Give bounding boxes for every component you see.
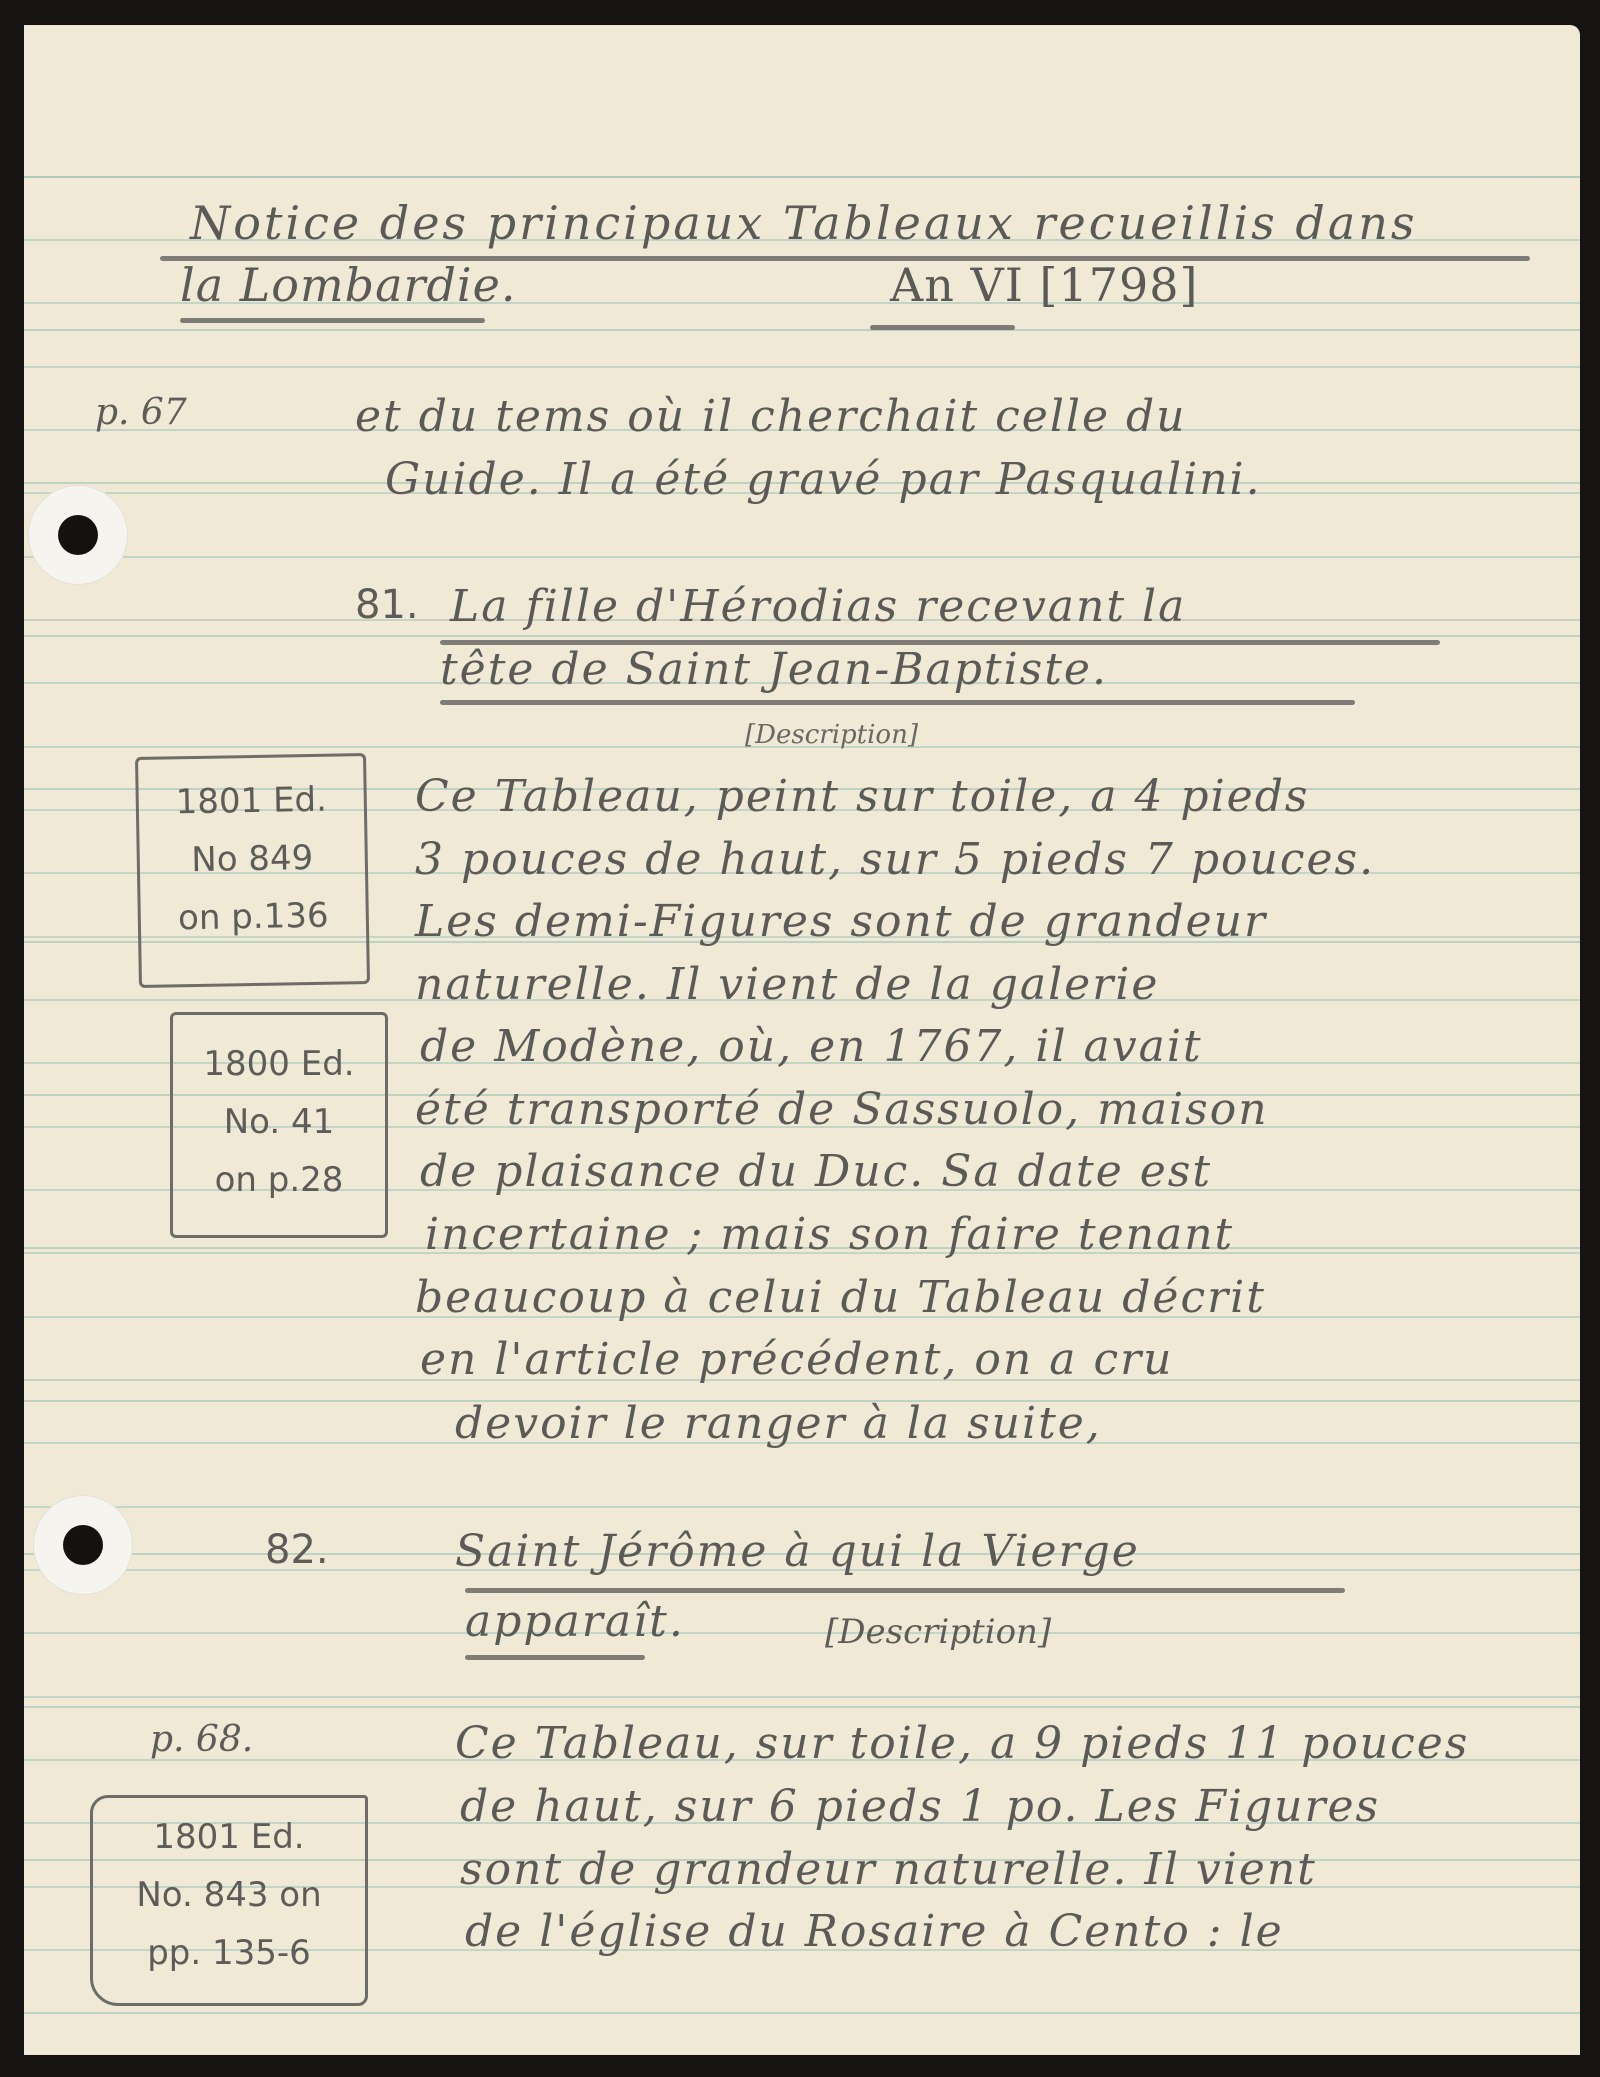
edition-ref-line: pp. 135-6 bbox=[93, 1924, 365, 1982]
entry-82-title-underline bbox=[465, 1588, 1345, 1593]
edition-ref-line: on p.136 bbox=[140, 886, 366, 948]
entry-81-title-underline bbox=[440, 700, 1355, 705]
entry-81-body-line: Les demi-Figures sont de grandeur bbox=[415, 900, 1267, 944]
continuation-line: et du tems où il cherchait celle du bbox=[355, 395, 1187, 439]
entry-81-body-line: devoir le ranger à la suite, bbox=[455, 1402, 1102, 1446]
edition-ref-line: 1801 Ed. bbox=[138, 770, 364, 832]
entry-82-body-line: Ce Tableau, sur toile, a 9 pieds 11 pouc… bbox=[455, 1722, 1469, 1766]
entry-82-body-line: sont de grandeur naturelle. Il vient bbox=[460, 1848, 1317, 1892]
entry-81-body-line: de Modène, où, en 1767, il avait bbox=[420, 1025, 1203, 1069]
punch-hole-reinforcement-bottom bbox=[33, 1495, 133, 1595]
entry-81-title-line: tête de Saint Jean-Baptiste. bbox=[440, 648, 1108, 692]
title-date-underline bbox=[870, 325, 1015, 330]
entry-81-title-line: La fille d'Hérodias recevant la bbox=[450, 585, 1186, 629]
title-underline-2 bbox=[180, 318, 485, 323]
margin-page-ref-p67: p. 67 bbox=[95, 395, 187, 431]
margin-page-ref-p68: p. 68. bbox=[150, 1722, 253, 1758]
entry-81-body-line: Ce Tableau, peint sur toile, a 4 pieds bbox=[415, 775, 1309, 819]
entry-81-body-line: 3 pouces de haut, sur 5 pieds 7 pouces. bbox=[415, 838, 1375, 882]
document-title-line-2: la Lombardie. bbox=[180, 262, 516, 308]
edition-ref-box: 1800 Ed. No. 41 on p.28 bbox=[170, 1012, 388, 1238]
edition-ref-line: 1801 Ed. bbox=[93, 1808, 365, 1866]
entry-81-body-line: été transporté de Sassuolo, maison bbox=[415, 1088, 1269, 1132]
entry-number-81: 81. bbox=[355, 585, 419, 625]
entry-81-annotation: [Description] bbox=[745, 722, 918, 748]
edition-ref-line: 1800 Ed. bbox=[173, 1035, 385, 1093]
entry-82-title-line: apparaît. bbox=[465, 1600, 685, 1644]
continuation-line: Guide. Il a été gravé par Pasqualini. bbox=[385, 458, 1262, 502]
entry-number-82: 82. bbox=[265, 1530, 329, 1570]
entry-81-body-line: naturelle. Il vient de la galerie bbox=[415, 963, 1159, 1007]
document-title-date: An VI [1798] bbox=[890, 262, 1198, 308]
entry-81-body-line: en l'article précédent, on a cru bbox=[420, 1338, 1173, 1382]
entry-82-title-underline bbox=[465, 1655, 645, 1660]
edition-ref-line: on p.28 bbox=[173, 1151, 385, 1209]
edition-ref-box: 1801 Ed. No. 843 on pp. 135-6 bbox=[90, 1795, 368, 2006]
document-title-line-1: Notice des principaux Tableaux recueilli… bbox=[190, 200, 1418, 246]
punch-hole-icon bbox=[58, 515, 98, 555]
entry-82-title-line: Saint Jérôme à qui la Vierge bbox=[455, 1530, 1140, 1574]
punch-hole-reinforcement-top bbox=[28, 485, 128, 585]
entry-82-annotation: [Description] bbox=[825, 1615, 1051, 1649]
edition-ref-line: No. 843 on bbox=[93, 1866, 365, 1924]
entry-82-body-line: de l'église du Rosaire à Cento : le bbox=[465, 1910, 1284, 1954]
edition-ref-line: No 849 bbox=[139, 828, 365, 890]
punch-hole-icon bbox=[63, 1525, 103, 1565]
scan-left-edge bbox=[0, 0, 24, 2077]
entry-81-body-line: de plaisance du Duc. Sa date est bbox=[420, 1150, 1212, 1194]
edition-ref-box: 1801 Ed. No 849 on p.136 bbox=[135, 753, 370, 988]
entry-82-body-line: de haut, sur 6 pieds 1 po. Les Figures bbox=[460, 1785, 1380, 1829]
entry-81-body-line: incertaine ; mais son faire tenant bbox=[425, 1213, 1234, 1257]
edition-ref-line: No. 41 bbox=[173, 1093, 385, 1151]
entry-81-body-line: beaucoup à celui du Tableau décrit bbox=[415, 1276, 1266, 1320]
